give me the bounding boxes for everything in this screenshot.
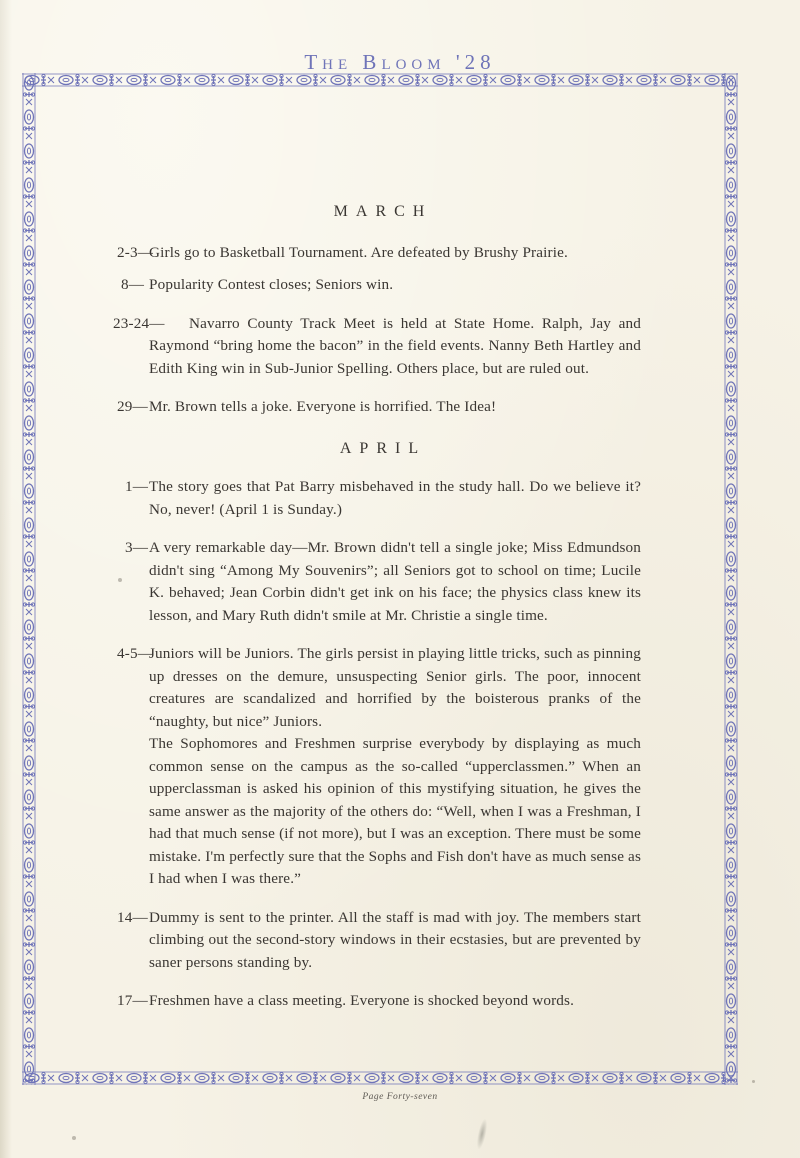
- calendar-entry: 17— Freshmen have a class meeting. Every…: [117, 990, 641, 1013]
- calendar-entry: 3— A very remarkable day—Mr. Brown didn'…: [117, 537, 641, 627]
- month-heading-april: APRIL: [125, 438, 641, 461]
- entry-text: The story goes that Pat Barry misbehaved…: [117, 476, 641, 521]
- ornamental-chain-border-icon: [22, 73, 738, 87]
- calendar-entry: 8— Popularity Contest closes; Seniors wi…: [117, 274, 641, 297]
- entry-text-continued: The Sophomores and Freshmen surprise eve…: [117, 733, 641, 891]
- entry-text: Freshmen have a class meeting. Everyone …: [117, 990, 641, 1013]
- ornamental-chain-border-icon: [22, 1071, 738, 1085]
- month-heading-march: MARCH: [125, 201, 641, 224]
- calendar-entry: 29— Mr. Brown tells a joke. Everyone is …: [117, 396, 641, 419]
- entry-text: Girls go to Basketball Tournament. Are d…: [117, 242, 641, 265]
- calendar-content: MARCH 2-3— Girls go to Basketball Tourna…: [117, 195, 641, 1023]
- entry-text: Juniors will be Juniors. The girls persi…: [117, 643, 641, 733]
- entry-date: 4-5—: [117, 643, 153, 666]
- ornamental-chain-border-icon: [22, 73, 36, 1085]
- entry-date: 14—: [117, 907, 148, 930]
- entry-date: 2-3—: [117, 242, 153, 265]
- calendar-entry: 1— The story goes that Pat Barry misbeha…: [117, 476, 641, 521]
- entry-date: 8—: [121, 274, 144, 297]
- calendar-entry: 14— Dummy is sent to the printer. All th…: [117, 907, 641, 975]
- entry-date: 23-24—: [113, 313, 165, 336]
- entry-text: A very remarkable day—Mr. Brown didn't t…: [117, 537, 641, 627]
- running-head: The Bloom '28: [0, 50, 800, 75]
- calendar-entry: 2-3— Girls go to Basketball Tournament. …: [117, 242, 641, 265]
- page-number: Page Forty-seven: [0, 1092, 800, 1102]
- entry-text: Mr. Brown tells a joke. Everyone is horr…: [117, 396, 641, 419]
- paper-speck: [752, 1080, 755, 1083]
- entry-text: Popularity Contest closes; Seniors win.: [117, 274, 641, 297]
- entry-text: Navarro County Track Meet is held at Sta…: [117, 313, 641, 381]
- entry-date: 3—: [125, 537, 148, 560]
- paper-speck: [72, 1136, 76, 1140]
- entry-text: Dummy is sent to the printer. All the st…: [117, 907, 641, 975]
- paper-speck: [118, 578, 122, 582]
- calendar-entry: 23-24— Navarro County Track Meet is held…: [117, 313, 641, 381]
- calendar-entry: 4-5— Juniors will be Juniors. The girls …: [117, 643, 641, 891]
- entry-date: 17—: [117, 990, 148, 1013]
- entry-date: 29—: [117, 396, 148, 419]
- ornamental-chain-border-icon: [724, 73, 738, 1085]
- entry-date: 1—: [125, 476, 148, 499]
